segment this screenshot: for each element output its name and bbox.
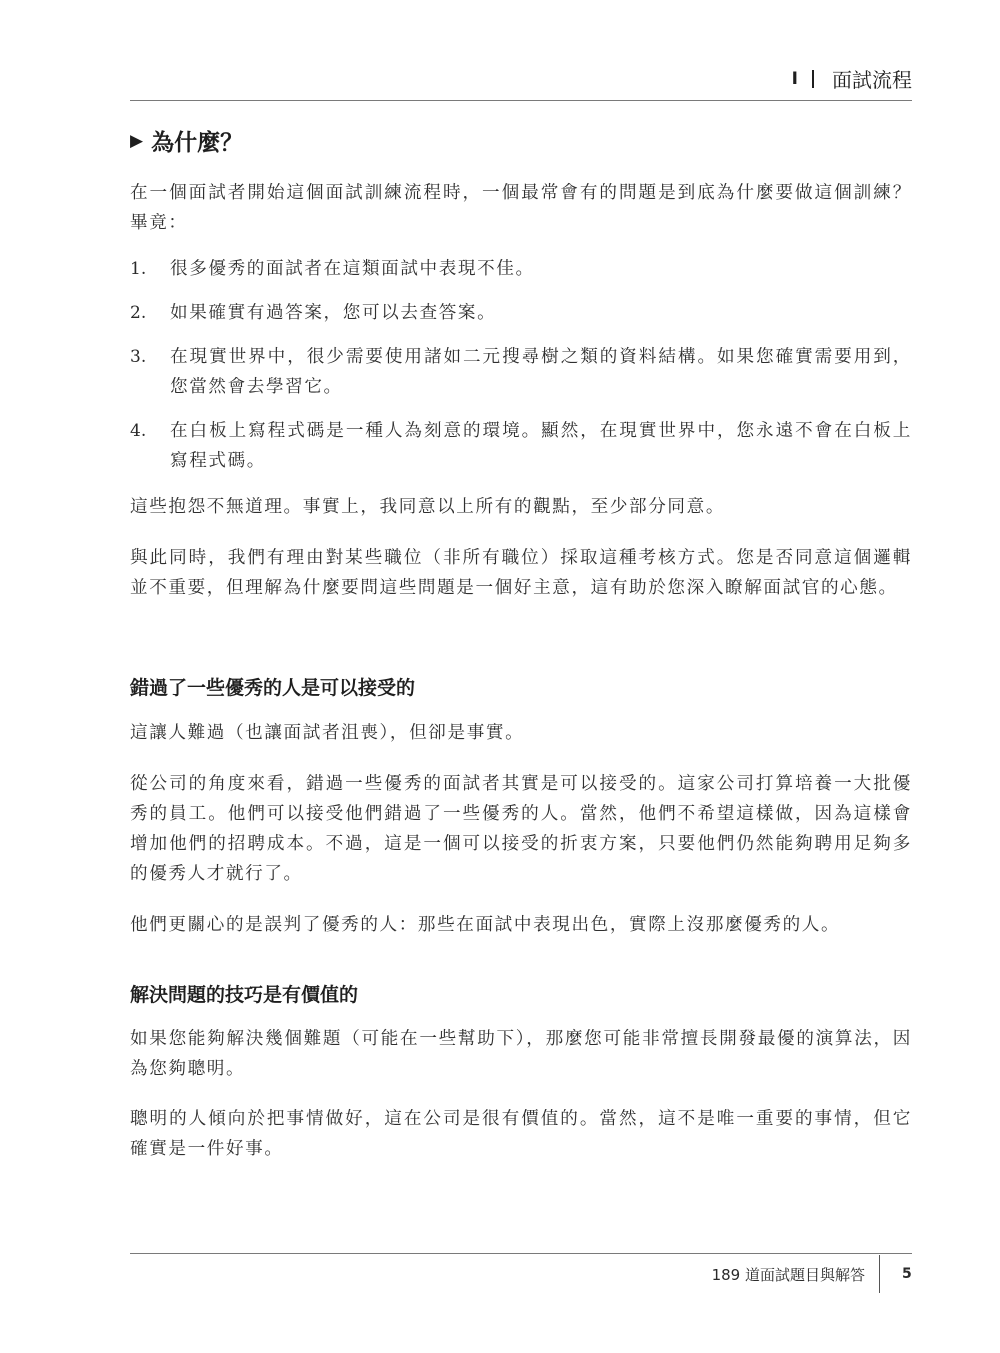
intro-paragraph: 在一個面試者開始這個面試訓練流程時，一個最常會有的問題是到底為什麼要做這個訓練？…: [130, 178, 912, 238]
header-divider: [812, 70, 814, 88]
subsection-title: 解決問題的技巧是有價值的: [130, 980, 912, 1007]
list-text: 如果確實有過答案，您可以去查答案。: [170, 298, 912, 328]
paragraph: 如果您能夠解決幾個難題（可能在一些幫助下），那麼您可能非常擅長開發最優的演算法，…: [130, 1024, 912, 1084]
subsection-heading-block: 解決問題的技巧是有價值的: [130, 980, 912, 1007]
list-number: 3.: [130, 342, 170, 402]
paragraph-block: 與此同時，我們有理由對某些職位（非所有職位）採取這種考核方式。您是否同意這個邏輯…: [130, 543, 912, 603]
chapter-number: I: [792, 69, 798, 89]
paragraph: 這些抱怨不無道理。事實上，我同意以上所有的觀點，至少部分同意。: [130, 492, 912, 522]
list-item: 3. 在現實世界中，很少需要使用諸如二元搜尋樹之類的資料結構。如果您確實需要用到…: [130, 342, 912, 402]
list-number: 2.: [130, 298, 170, 328]
page-number: 5: [902, 1266, 912, 1282]
paragraph: 聰明的人傾向於把事情做好，這在公司是很有價值的。當然，這不是唯一重要的事情，但它…: [130, 1104, 912, 1164]
complaints-list: 1. 很多優秀的面試者在這類面試中表現不佳。 2. 如果確實有過答案，您可以去查…: [130, 254, 912, 476]
paragraph: 與此同時，我們有理由對某些職位（非所有職位）採取這種考核方式。您是否同意這個邏輯…: [130, 543, 912, 603]
list-item: 1. 很多優秀的面試者在這類面試中表現不佳。: [130, 254, 912, 284]
paragraph-block: 聰明的人傾向於把事情做好，這在公司是很有價值的。當然，這不是唯一重要的事情，但它…: [130, 1104, 912, 1164]
subsection-heading-block: 錯過了一些優秀的人是可以接受的: [130, 673, 912, 700]
page-footer: 189 道面試題目與解答 5: [712, 1254, 912, 1294]
triangle-marker-icon: ▶: [130, 131, 143, 151]
section-title: 為什麼？: [151, 124, 243, 157]
list-item: 2. 如果確實有過答案，您可以去查答案。: [130, 298, 912, 328]
paragraph: 從公司的角度來看，錯過一些優秀的面試者其實是可以接受的。這家公司打算培養一大批優…: [130, 769, 912, 889]
section-heading: ▶ 為什麼？: [130, 124, 243, 157]
paragraph-block: 這讓人難過（也讓面試者沮喪），但卻是事實。: [130, 718, 912, 748]
paragraph-block: 這些抱怨不無道理。事實上，我同意以上所有的觀點，至少部分同意。: [130, 492, 912, 522]
book-title: 189 道面試題目與解答: [712, 1264, 865, 1285]
running-header-right: I 面試流程: [792, 64, 912, 93]
running-header: I 面試流程: [130, 62, 912, 101]
list-text: 在白板上寫程式碼是一種人為刻意的環境。顯然，在現實世界中，您永遠不會在白板上寫程…: [170, 416, 912, 476]
paragraph-block: 如果您能夠解決幾個難題（可能在一些幫助下），那麼您可能非常擅長開發最優的演算法，…: [130, 1024, 912, 1084]
chapter-title: 面試流程: [832, 64, 912, 93]
list-text: 很多優秀的面試者在這類面試中表現不佳。: [170, 254, 912, 284]
list-number: 1.: [130, 254, 170, 284]
intro-block: 在一個面試者開始這個面試訓練流程時，一個最常會有的問題是到底為什麼要做這個訓練？…: [130, 178, 912, 238]
footer-divider: [879, 1255, 880, 1293]
list-text: 在現實世界中，很少需要使用諸如二元搜尋樹之類的資料結構。如果您確實需要用到，您當…: [170, 342, 912, 402]
paragraph-block: 從公司的角度來看，錯過一些優秀的面試者其實是可以接受的。這家公司打算培養一大批優…: [130, 769, 912, 889]
list-number: 4.: [130, 416, 170, 476]
paragraph: 這讓人難過（也讓面試者沮喪），但卻是事實。: [130, 718, 912, 748]
list-item: 4. 在白板上寫程式碼是一種人為刻意的環境。顯然，在現實世界中，您永遠不會在白板…: [130, 416, 912, 476]
subsection-title: 錯過了一些優秀的人是可以接受的: [130, 673, 912, 700]
paragraph-block: 他們更關心的是誤判了優秀的人：那些在面試中表現出色，實際上沒那麼優秀的人。: [130, 910, 912, 940]
paragraph: 他們更關心的是誤判了優秀的人：那些在面試中表現出色，實際上沒那麼優秀的人。: [130, 910, 912, 940]
